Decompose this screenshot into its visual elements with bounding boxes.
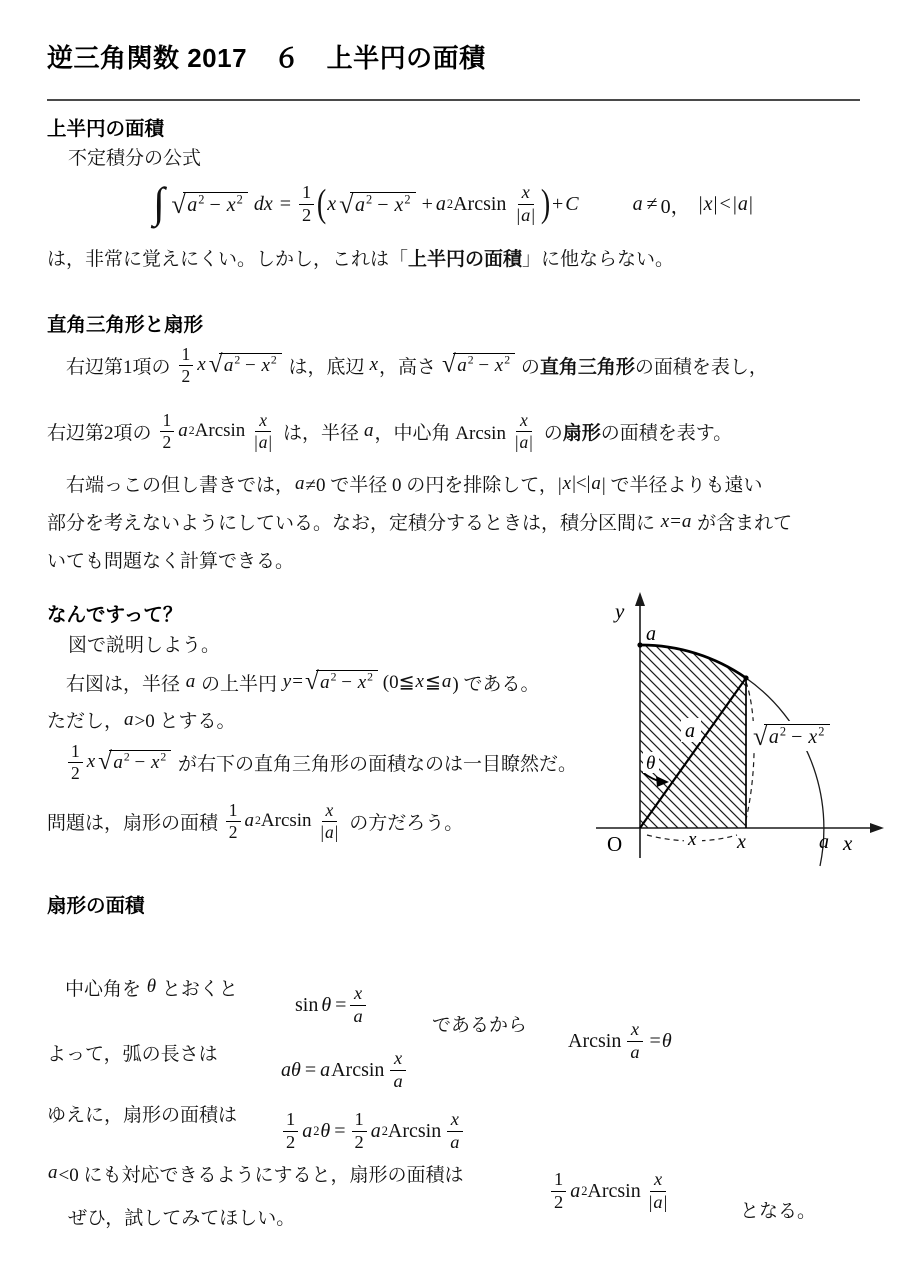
math-token: √a2 − x2 xyxy=(209,353,282,378)
math-token: ) である。 xyxy=(452,669,539,696)
math-token: < xyxy=(720,193,731,216)
math-token: 1 xyxy=(551,1169,566,1191)
math-token: 2 xyxy=(302,205,311,226)
math-token: a xyxy=(737,193,749,216)
math-token: の xyxy=(521,352,540,379)
math-token: >0 とする。 xyxy=(135,706,236,733)
math-token: x xyxy=(369,354,379,376)
math-token: | で半径よりも遠い xyxy=(602,470,763,497)
s4-row4: a<0 にも対応できるようにすると，扇形の面積は 12a2Arcsinx|a| … xyxy=(0,1106,906,1168)
math-token: ≠ xyxy=(647,193,658,216)
math-token: 2 xyxy=(160,751,166,764)
math-token: x|a| xyxy=(646,1169,671,1212)
math-token: x xyxy=(415,671,425,693)
s3-line5: 問題は，扇形の面積 12a2Arcsinx|a|の方だろう。 xyxy=(47,792,463,850)
math-token: a2 − x2 xyxy=(453,353,515,378)
math-token: 直角三角形 xyxy=(540,352,635,379)
math-token: | xyxy=(529,432,533,452)
math-token: a xyxy=(177,420,189,442)
math-token: 1 xyxy=(163,410,172,430)
s1-main-formula: ∫√a2 − x2dx=12(x√a2 − x2+a2Arcsinx|a|)+C… xyxy=(153,172,753,236)
math-token: 右図は，半径 xyxy=(47,669,185,696)
s3-line3: ただし，a>0 とする。 xyxy=(47,706,235,733)
math-token: 12 xyxy=(179,344,194,385)
math-token: a xyxy=(324,822,335,842)
math-token: 12 xyxy=(551,1169,566,1212)
a-axis-label: a xyxy=(819,831,829,853)
math-token xyxy=(641,1191,643,1192)
math-token: √a2 − x2 xyxy=(98,750,171,775)
math-token: a xyxy=(768,726,780,748)
math-token xyxy=(691,204,699,205)
math-token: a2 − x2 xyxy=(183,192,248,218)
math-token: a xyxy=(112,752,124,773)
math-token: | xyxy=(749,193,753,216)
math-token: Arcsin xyxy=(195,420,246,442)
math-token: x xyxy=(325,800,335,820)
math-token: 部分を考えないようにしている。なお，定積分するときは，積分区間に xyxy=(47,508,660,535)
a-radius-label: a xyxy=(685,720,695,742)
math-token xyxy=(167,204,169,205)
section-heading-upper-semicircle: 上半円の面積 xyxy=(47,113,164,141)
x-foot-label: x xyxy=(736,831,746,853)
math-token: 12 xyxy=(226,800,241,841)
math-token: x|a| xyxy=(318,800,342,841)
math-token: 2 xyxy=(226,822,241,842)
math-token: 2 xyxy=(182,366,191,386)
math-token: 上半円の面積 xyxy=(408,244,522,271)
math-token: 2 xyxy=(237,192,243,206)
figure-sqrt-label: √a2 − x2 xyxy=(748,721,835,751)
math-token: x xyxy=(258,410,268,430)
math-token: 1 xyxy=(68,741,83,762)
math-token: √a2 − x2 xyxy=(753,724,830,750)
math-token: x xyxy=(660,511,670,533)
math-token: a2 − x2 xyxy=(350,192,415,218)
math-token: dx xyxy=(253,193,274,216)
math-token: | xyxy=(269,432,273,452)
math-token xyxy=(436,365,440,366)
math-token: x xyxy=(322,800,338,821)
math-token: 2 xyxy=(229,822,238,842)
math-token: a xyxy=(223,355,235,376)
math-token: a xyxy=(681,511,693,533)
math-token xyxy=(291,204,296,205)
math-token xyxy=(312,821,315,822)
math-token: 右端っこの但し書きでは， xyxy=(47,470,294,497)
s1-intro-line: 不定積分の公式 xyxy=(68,143,201,170)
math-token: a xyxy=(520,205,531,226)
y-axis-arrow-icon xyxy=(635,592,645,606)
s2-para-line3: いても問題なく計算できる。 xyxy=(47,546,294,573)
y-axis-label: y xyxy=(613,599,625,623)
math-token xyxy=(245,431,248,432)
math-token: ，高さ xyxy=(379,352,436,379)
math-token: x xyxy=(703,193,714,216)
math-token: a xyxy=(435,193,447,216)
math-token: |<| xyxy=(572,473,590,495)
math-token: となる。 xyxy=(740,1196,816,1223)
s3-line2: 右図は，半径 a の上半円 y=√a2 − x2(0≦x≦a) である。 xyxy=(47,660,539,704)
math-token xyxy=(506,431,509,432)
math-token: = xyxy=(670,511,681,533)
math-token: ∫ xyxy=(153,188,165,220)
math-token: 問題は，扇形の面積 xyxy=(47,808,223,835)
math-token: a xyxy=(363,420,375,442)
math-token: a xyxy=(632,193,644,216)
math-token: x xyxy=(521,182,531,203)
quarter-circle-arc xyxy=(746,678,824,866)
math-token: x xyxy=(394,194,405,216)
math-token: x xyxy=(807,726,818,748)
math-token: 1 xyxy=(299,182,314,204)
math-token: x xyxy=(196,354,206,376)
math-token: Arcsin xyxy=(261,810,312,832)
math-token: C xyxy=(564,193,579,216)
math-token: x xyxy=(150,752,160,773)
closing-line: ぜひ，試してみてほしい。 xyxy=(68,1203,295,1230)
math-token: は，半径 xyxy=(283,418,359,445)
math-token: 1 xyxy=(182,344,191,364)
math-token: a xyxy=(569,1180,581,1203)
math-token: 1 xyxy=(160,410,175,431)
math-token: a xyxy=(354,194,366,216)
s4-row4-text1: a<0 にも対応できるようにすると，扇形の面積は xyxy=(47,1142,463,1204)
math-token: − xyxy=(786,726,807,748)
theta-label: θ xyxy=(646,753,655,774)
math-token: の面積を表し， xyxy=(635,352,768,379)
math-token: x|a| xyxy=(513,182,538,225)
math-token: いても問題なく計算できる。 xyxy=(47,546,294,573)
math-token: 2 xyxy=(404,192,410,206)
math-token: は，非常に覚えにくい。しかし，これは「 xyxy=(47,244,408,271)
s4-row3: ゆえに，扇形の面積は 12a2θ=12a2Arcsinxa xyxy=(0,1046,906,1108)
point-p-dot xyxy=(743,675,748,680)
math-token: − xyxy=(337,672,357,693)
math-token: x xyxy=(494,355,504,376)
math-token: x xyxy=(516,410,532,431)
math-token: − xyxy=(372,194,393,216)
document-page: 逆三角関数 2017 ６ 上半円の面積 上半円の面積 不定積分の公式 ∫√a2 … xyxy=(0,0,906,1280)
section-heading-triangle-sector: 直角三角形と扇形 xyxy=(47,309,203,337)
math-token: x xyxy=(519,410,529,430)
math-token: | xyxy=(664,1192,668,1213)
semicircle-figure: y x O a a a x x θ xyxy=(588,588,890,878)
math-token: 2 xyxy=(163,432,172,452)
math-token: 2 xyxy=(179,366,194,386)
math-token: 12 xyxy=(299,182,314,225)
math-token: ≦ xyxy=(425,671,441,694)
math-token: 12 xyxy=(68,741,83,782)
x-axis-label: x xyxy=(842,831,853,855)
point-top-dot xyxy=(637,642,642,647)
math-token: a xyxy=(244,810,256,832)
math-token: が含まれて xyxy=(692,508,792,535)
math-token: = xyxy=(292,671,303,693)
math-token: x|a| xyxy=(512,410,536,451)
math-token: a xyxy=(319,672,331,693)
math-token: <0 にも対応できるようにすると，扇形の面積は xyxy=(59,1160,464,1187)
math-token: a xyxy=(441,671,453,693)
math-token: a xyxy=(123,709,135,731)
math-token xyxy=(152,431,157,432)
s4-row1: 中心角を θ とおくと sinθ=xa であるから Arcsinxa=θ xyxy=(0,920,906,982)
math-token: a2 − x2 xyxy=(764,724,829,750)
math-token: Arcsin xyxy=(587,1180,640,1203)
math-token: ただし， xyxy=(47,706,123,733)
math-token: 2 xyxy=(504,354,510,367)
math-token: a xyxy=(294,473,306,495)
math-token: 2 xyxy=(68,763,83,783)
math-token: は，底辺 xyxy=(289,352,365,379)
math-token: a xyxy=(590,473,602,495)
x-axis-arrow-icon xyxy=(870,823,884,833)
page-title: 逆三角関数 2017 ６ 上半円の面積 xyxy=(47,38,486,75)
math-token: が右下の直角三角形の面積なのは一目瞭然だ。 xyxy=(178,749,577,776)
math-token: の面積を表す。 xyxy=(601,418,732,445)
section-heading-sector-area: 扇形の面積 xyxy=(47,890,145,918)
a-top-label: a xyxy=(646,623,656,645)
math-token: 0， xyxy=(661,190,691,219)
math-token: √a2 − x2 xyxy=(171,192,248,218)
math-token: + xyxy=(552,193,563,216)
math-token: 1 xyxy=(179,344,194,365)
x-base-label: x xyxy=(687,829,697,850)
math-token: | xyxy=(335,822,339,842)
s4-row4-formula: 12a2Arcsinx|a| xyxy=(548,1160,673,1222)
math-token: x|a| xyxy=(251,410,275,451)
math-token: 」に他ならない。 xyxy=(522,244,674,271)
math-token: = xyxy=(280,193,291,216)
math-token: √a2 − x2 xyxy=(305,670,378,695)
math-token xyxy=(580,204,632,205)
math-token: x xyxy=(562,473,572,495)
math-token: 12 xyxy=(160,410,175,451)
s1-outro-line: は，非常に覚えにくい。しかし，これは「上半円の面積」に他ならない。 xyxy=(47,244,674,271)
math-token: 1 xyxy=(229,800,238,820)
math-token: y xyxy=(282,671,292,693)
math-token: 1 xyxy=(554,1169,563,1190)
s2-para-line1: 右端っこの但し書きでは，a≠0 で半径 0 の円を排除して，|x|<|a| で半… xyxy=(47,470,762,497)
math-token: |a| xyxy=(251,432,275,452)
math-token: 2 xyxy=(271,354,277,367)
math-token: 右辺第1項の xyxy=(47,352,171,379)
math-token: の xyxy=(544,418,563,445)
math-token: a2 − x2 xyxy=(219,353,281,378)
math-token: a xyxy=(258,432,269,452)
math-token: 2 xyxy=(299,205,314,226)
s3-line4: 12x√a2 − x2が右下の直角三角形の面積なのは一目瞭然だ。 xyxy=(65,733,577,791)
math-token: Arcsin xyxy=(453,193,506,216)
s2-line2: 右辺第2項の12a2Arcsinx|a|は，半径a，中心角 Arcsinx|a|… xyxy=(47,400,732,462)
math-token: a xyxy=(518,432,529,452)
math-token: x xyxy=(650,1169,666,1191)
math-token: a xyxy=(652,1192,663,1213)
math-token xyxy=(506,204,510,205)
math-token: x xyxy=(255,410,271,431)
math-token: a xyxy=(47,1162,59,1184)
math-token: − xyxy=(474,355,494,376)
math-token: 1 xyxy=(226,800,241,821)
math-token: − xyxy=(204,194,225,216)
math-token: x xyxy=(86,751,96,773)
math-token: x xyxy=(357,672,367,693)
s4-row2: よって，弧の長さは aθ=aArcsinxa xyxy=(0,988,906,1044)
math-token: 右辺第2項の xyxy=(47,418,152,445)
math-token: + xyxy=(422,193,433,216)
math-token: 2 xyxy=(818,724,824,738)
math-token: ，中心角 Arcsin xyxy=(375,418,506,445)
math-token: 2 xyxy=(367,671,373,684)
math-token: ≠0 で半径 0 の円を排除して，| xyxy=(306,470,562,497)
title-rule xyxy=(47,99,860,101)
s4-row4-text2: となる。 xyxy=(740,1178,816,1240)
math-token: 扇形 xyxy=(563,418,601,445)
math-token: 1 xyxy=(71,741,80,761)
math-token: 1 xyxy=(302,182,311,203)
math-token: a xyxy=(456,355,468,376)
math-token: − xyxy=(130,752,150,773)
math-token: |a| xyxy=(318,822,342,842)
math-token xyxy=(171,365,176,366)
math-token: ぜひ，試してみてほしい。 xyxy=(68,1203,295,1230)
math-token: − xyxy=(240,355,260,376)
math-token: x xyxy=(653,1169,663,1190)
math-token: 2 xyxy=(71,763,80,783)
math-token: |a| xyxy=(513,205,538,226)
math-token: x xyxy=(326,193,337,216)
section-heading-nandesutte: なんですって？ xyxy=(47,599,182,627)
s2-line1: 右辺第1項の12x√a2 − x2は，底辺x，高さ√a2 − x2の直角三角形の… xyxy=(47,336,768,394)
math-token: a2 − x2 xyxy=(316,670,378,695)
origin-label: O xyxy=(607,832,622,856)
math-token: ( xyxy=(317,192,326,215)
s2-para-line2: 部分を考えないようにしている。なお，定積分するときは，積分区間に x=a が含ま… xyxy=(47,508,792,535)
math-token: (0≦ xyxy=(383,671,415,694)
math-token: √a2 − x2 xyxy=(442,353,515,378)
math-token: x xyxy=(226,194,237,216)
math-token: x xyxy=(260,355,270,376)
math-token: の上半円 xyxy=(196,669,282,696)
math-token: x xyxy=(518,182,534,204)
math-token: の方だろう。 xyxy=(349,808,463,835)
math-token: 2 xyxy=(160,432,175,452)
math-token: |a| xyxy=(512,432,536,452)
math-token: 2 xyxy=(554,1192,563,1213)
math-token: a2 − x2 xyxy=(109,750,171,775)
math-token: √a2 − x2 xyxy=(339,192,416,218)
math-token: |a| xyxy=(646,1192,671,1213)
math-token: 図で説明しよう。 xyxy=(68,630,220,657)
math-token: a xyxy=(185,671,197,693)
math-token: | xyxy=(531,205,535,226)
math-token: 2 xyxy=(551,1192,566,1213)
math-token: a xyxy=(186,194,198,216)
s3-line1: 図で説明しよう。 xyxy=(68,630,220,657)
math-token: ) xyxy=(541,192,550,215)
